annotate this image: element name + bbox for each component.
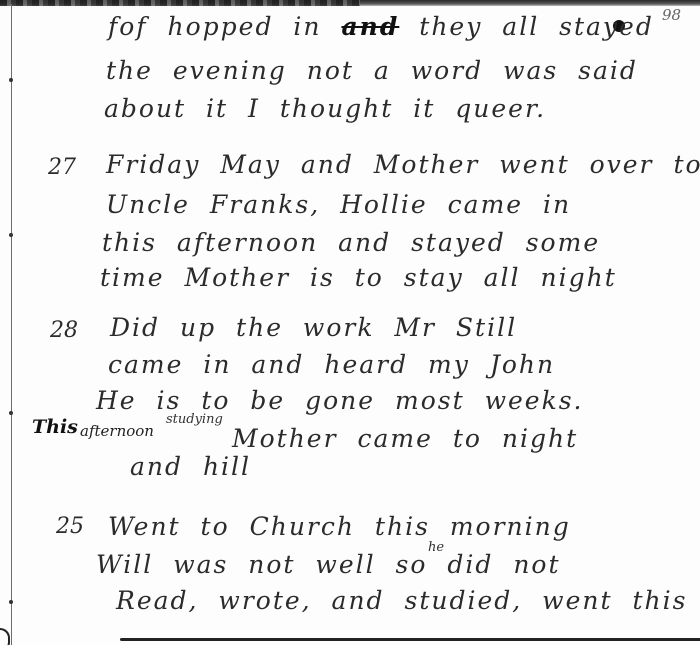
text-line: this afternoon and stayed some xyxy=(102,228,600,257)
margin-mark xyxy=(9,600,13,604)
margin-mark xyxy=(9,411,13,415)
text-line: about it I thought it queer. xyxy=(104,94,546,123)
page-curl xyxy=(0,628,10,645)
diary-page: 98 fof hopped in and they all stayed the… xyxy=(0,0,700,645)
entry-date: 28 xyxy=(50,318,78,343)
text-line: Did up the work Mr Still xyxy=(110,313,517,342)
struck-word: and xyxy=(341,12,399,41)
margin-mark xyxy=(9,233,13,237)
text-line: fof hopped in and they all stayed xyxy=(108,12,654,41)
text-line: Went to Church this morning xyxy=(108,512,571,541)
margin-line xyxy=(11,4,12,645)
entry-date: 25 xyxy=(56,514,84,539)
text-line: Mother came to night xyxy=(232,424,578,453)
page-number: 98 xyxy=(662,6,681,24)
text-line: time Mother is to stay all night xyxy=(100,263,617,292)
margin-note: This xyxy=(32,416,78,438)
margin-mark xyxy=(9,78,13,82)
text-line: the evening not a word was said xyxy=(106,56,638,85)
text-line: and hill xyxy=(130,452,251,481)
inserted-word: studying xyxy=(166,412,223,427)
page-bottom-edge xyxy=(120,638,700,641)
text-fragment: fof hopped in xyxy=(108,12,322,41)
text-line: came in and heard my John xyxy=(108,350,555,379)
page-top-edge xyxy=(0,0,700,6)
text-line: Uncle Franks, Hollie came in xyxy=(106,190,571,219)
text-line: He is to be gone most weeks. xyxy=(96,386,584,415)
text-line: Will was not well so did not xyxy=(96,550,561,579)
text-line: Friday May and Mother went over to xyxy=(106,150,700,179)
margin-note: afternoon xyxy=(80,422,154,440)
text-line: Read, wrote, and studied, went this xyxy=(116,586,687,615)
text-fragment: they all stayed xyxy=(419,12,654,41)
entry-date: 27 xyxy=(48,155,76,180)
